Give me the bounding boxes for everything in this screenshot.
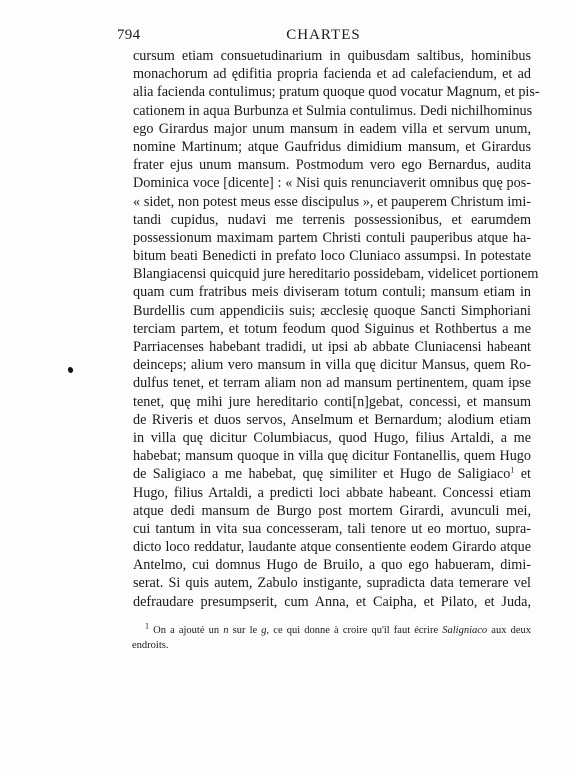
margin-ink-mark	[67, 366, 74, 373]
text-line: in villa quę dicitur Columbiacus, quod H…	[133, 429, 531, 447]
text-line: deinceps; alium vero mansum in villa quę…	[133, 356, 531, 374]
text-line: cursum etiam consuetudinarium in quibusd…	[133, 47, 531, 65]
footnote-1: 1 On a ajouté un n sur le g, ce qui donn…	[133, 623, 531, 638]
running-title: CHARTES	[117, 27, 530, 44]
text-line: Blangiacensi quicquid jure hereditario p…	[133, 265, 531, 283]
text-segment: de Saligiaco a me habebat, quę similiter…	[133, 466, 510, 482]
footnote-1-continuation: endroits.	[132, 638, 531, 653]
text-line: Hugo, filius Artaldi, a predicti loci ab…	[133, 484, 531, 502]
text-line: monachorum ad ędifitia propria facienda …	[133, 65, 531, 83]
text-line: Parriacenses habebant tradidi, ut ipsi a…	[133, 338, 531, 356]
document-page: 794 CHARTES cursum etiam consuetudinariu…	[0, 0, 570, 770]
footnote-text: aux deux	[487, 625, 531, 636]
text-line: defraudare presumpserit, cum Anna, et Ca…	[133, 593, 531, 611]
text-line: serat. Si quis autem, Zabulo instigante,…	[133, 574, 531, 592]
text-line: cationem in aqua Burbunza et Sulmia cont…	[133, 102, 531, 120]
text-line: Antelmo, cui domnus Hugo de Bruilo, a qu…	[133, 556, 531, 574]
running-head: 794 CHARTES	[117, 27, 530, 45]
text-line: quam cum fratribus meis diviseram totum …	[133, 283, 531, 301]
text-line: frater ejus unum mansum. Postmodum vero …	[133, 156, 531, 174]
text-line: ego Girardus major unum mansum in eadem …	[133, 120, 531, 138]
text-line: bitum beati Benedicti in prefato loco Cl…	[133, 247, 531, 265]
text-line: possessionum maximam partem Christi cont…	[133, 229, 531, 247]
text-line: « sidet, non potest meus esse discipulus…	[133, 193, 531, 211]
text-segment: et	[514, 466, 531, 482]
footnotes: 1 On a ajouté un n sur le g, ce qui donn…	[133, 623, 531, 653]
footnote-italic-word: Saligniaco	[442, 625, 487, 636]
text-line: Dominica voce [dicente] : « Nisi quis re…	[133, 174, 531, 192]
charter-body-text: cursum etiam consuetudinarium in quibusd…	[133, 47, 531, 611]
text-line: dulfus tenet, et terram aliam non ad man…	[133, 374, 531, 392]
text-line: terciam partem, et totum feodum quod Sig…	[133, 320, 531, 338]
text-line: nomine Martinum; atque Gaufridus dimidiu…	[133, 138, 531, 156]
text-line: de Riveris et duos servos, Anselmum et B…	[133, 411, 531, 429]
text-line: tandi cupidus, nudavi me terrenis posses…	[133, 211, 531, 229]
text-line: habebat; mansum quoque in villa quę dici…	[133, 447, 531, 465]
text-line: cui tantum in vita sua concesseram, tali…	[133, 520, 531, 538]
text-line: tenet, quę mihi jure hereditario conti[n…	[133, 393, 531, 411]
text-line: alia facienda contulimus; pratum quoque …	[133, 83, 531, 101]
footnote-text: sur le	[229, 625, 262, 636]
footnote-text: On a ajouté un	[149, 625, 223, 636]
text-line: dicto loco reddatur, laudante atque cons…	[133, 538, 531, 556]
footnote-text: , ce qui donne à croire qu'il faut écrir…	[267, 625, 443, 636]
text-line: Burdellis cum appendiciis suis; æcclesię…	[133, 302, 531, 320]
text-line-with-footnote: de Saligiaco a me habebat, quę similiter…	[133, 465, 531, 483]
text-line: atque dedi mansum de Burgo post mortem G…	[133, 502, 531, 520]
